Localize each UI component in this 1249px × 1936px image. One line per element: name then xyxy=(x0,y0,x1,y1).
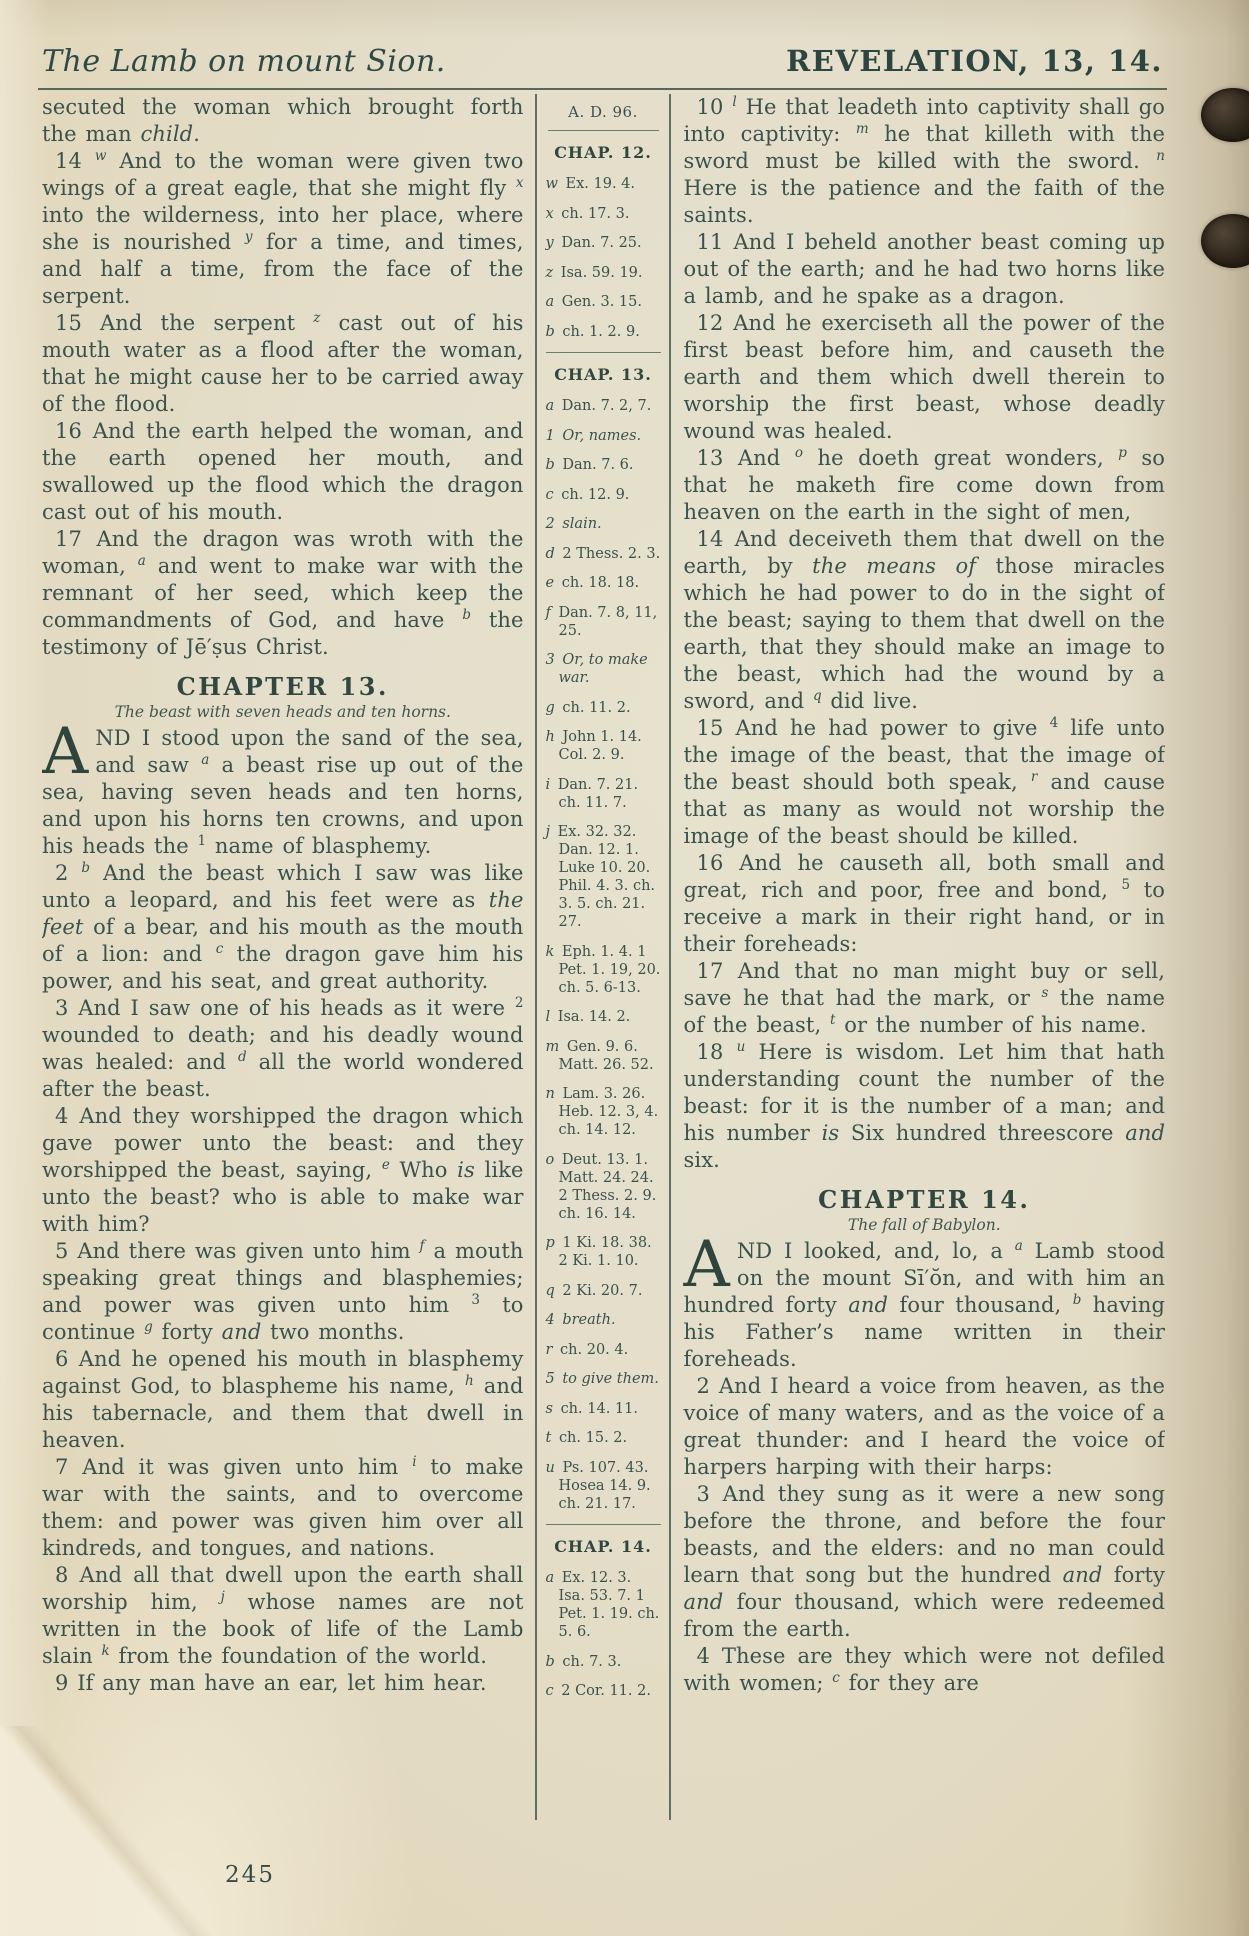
verse-paragraph: 6 And he opened his mouth in blasphemy a… xyxy=(42,1346,524,1454)
reference-label: s xyxy=(546,1401,553,1417)
chapter-heading: CHAPTER 14. xyxy=(684,1185,1166,1214)
cross-reference-marker: a xyxy=(201,752,209,768)
verse-paragraph: 9 If any man have an ear, let him hear. xyxy=(42,1670,524,1697)
cross-reference-entry: u Ps. 107. 43. Hosea 14. 9. ch. 21. 17. xyxy=(546,1459,661,1513)
verse-paragraph: AND I looked, and, lo, a a Lamb stood on… xyxy=(684,1238,1166,1373)
cross-reference-marker: a xyxy=(138,553,146,569)
verse-paragraph: 13 And o he doeth great wonders, p so th… xyxy=(684,445,1166,526)
cross-reference-marker: b xyxy=(81,860,90,876)
header-rule xyxy=(38,88,1167,90)
cross-reference-marker: i xyxy=(412,1454,416,1470)
reference-text: ch. 12. 9. xyxy=(561,487,629,503)
verse-paragraph: 16 And the earth helped the woman, and t… xyxy=(42,418,524,526)
verse-paragraph: 2 b And the beast which I saw was like u… xyxy=(42,860,524,995)
running-header-right: REVELATION, 13, 14. xyxy=(786,44,1163,78)
cross-reference-marker: b xyxy=(1073,1292,1082,1308)
reference-text: ch. 1. 2. 9. xyxy=(562,324,639,340)
reference-label: q xyxy=(546,1283,555,1299)
reference-label: k xyxy=(546,944,555,960)
reference-section: CHAP. 12.w Ex. 19. 4.x ch. 17. 3.y Dan. … xyxy=(546,143,661,341)
reference-label: m xyxy=(546,1039,560,1055)
cross-reference-entry: 4 breath. xyxy=(546,1311,661,1329)
reference-label: g xyxy=(546,700,555,716)
thumb-index-tab-icon xyxy=(1201,88,1249,142)
cross-reference-marker: n xyxy=(1156,148,1165,164)
cross-reference-marker: z xyxy=(313,310,320,326)
reference-text: Gen. 9. 6. Matt. 26. 52. xyxy=(559,1039,654,1073)
verse-paragraph: 10 l He that leadeth into captivity shal… xyxy=(684,94,1166,229)
cross-reference-entry: o Deut. 13. 1. Matt. 24. 24. 2 Thess. 2.… xyxy=(546,1151,661,1223)
reference-text: 2 Cor. 11. 2. xyxy=(561,1683,651,1699)
cross-reference-marker: d xyxy=(238,1049,247,1065)
cross-reference-marker: b xyxy=(462,607,471,623)
reference-sections: CHAP. 12.w Ex. 19. 4.x ch. 17. 3.y Dan. … xyxy=(546,143,661,1700)
reference-text: ch. 14. 11. xyxy=(561,1401,638,1417)
verse-paragraph: 18 u Here is wisdom. Let him that hath u… xyxy=(684,1039,1166,1174)
gloss-marker: 1 xyxy=(198,833,207,849)
reference-label: b xyxy=(546,1654,555,1670)
reference-text: 2 Ki. 20. 7. xyxy=(562,1283,642,1299)
reference-text: Deut. 13. 1. Matt. 24. 24. 2 Thess. 2. 9… xyxy=(559,1152,657,1222)
gloss-marker: 3 xyxy=(471,1292,480,1308)
reference-text: Dan. 7. 25. xyxy=(561,235,641,251)
reference-text: breath. xyxy=(562,1312,615,1328)
cross-reference-marker: k xyxy=(102,1643,110,1659)
verse-paragraph: 14 And deceiveth them that dwell on the … xyxy=(684,526,1166,715)
verse-paragraph: 11 And I beheld another beast coming up … xyxy=(684,229,1166,310)
reference-label: u xyxy=(546,1460,555,1476)
reference-text: ch. 15. 2. xyxy=(559,1430,627,1446)
reference-label: 3 xyxy=(546,652,555,668)
reference-text: to give them. xyxy=(562,1371,659,1387)
reference-label: i xyxy=(546,777,551,793)
chapter-subtitle: The fall of Babylon. xyxy=(684,1216,1166,1234)
cross-reference-entry: p 1 Ki. 18. 38. 2 Ki. 1. 10. xyxy=(546,1234,661,1270)
cross-reference-marker: x xyxy=(516,175,524,191)
reference-divider xyxy=(548,130,659,131)
reference-label: p xyxy=(546,1235,555,1251)
cross-reference-marker: j xyxy=(221,1589,225,1605)
cross-reference-entry: f Dan. 7. 8, 11, 25. xyxy=(546,604,661,640)
reference-section: CHAP. 13.a Dan. 7. 2, 7.1 Or, names.b Da… xyxy=(546,352,661,1513)
reference-text: ch. 7. 3. xyxy=(562,1654,621,1670)
reference-text: Isa. 14. 2. xyxy=(558,1009,631,1025)
cross-reference-entry: 1 Or, names. xyxy=(546,427,661,445)
cross-reference-entry: b ch. 7. 3. xyxy=(546,1653,661,1671)
reference-label: h xyxy=(546,729,555,745)
verse-paragraph: secuted the woman which brought forth th… xyxy=(42,94,524,148)
verse-paragraph: 4 These are they which were not defiled … xyxy=(684,1643,1166,1697)
reference-label: a xyxy=(546,398,555,414)
cross-reference-entry: e ch. 18. 18. xyxy=(546,574,661,592)
reference-label: d xyxy=(546,546,555,562)
cross-reference-entry: q 2 Ki. 20. 7. xyxy=(546,1282,661,1300)
cross-reference-column: A. D. 96. CHAP. 12.w Ex. 19. 4.x ch. 17.… xyxy=(537,94,671,1820)
reference-label: a xyxy=(546,1570,555,1586)
reference-text: Dan. 7. 6. xyxy=(562,457,633,473)
cross-reference-marker: e xyxy=(382,1157,390,1173)
cross-reference-entry: 5 to give them. xyxy=(546,1370,661,1388)
reference-text: Dan. 7. 2, 7. xyxy=(562,398,652,414)
reference-label: z xyxy=(546,265,554,281)
reference-text: Ps. 107. 43. Hosea 14. 9. ch. 21. 17. xyxy=(559,1460,651,1512)
reference-label: f xyxy=(546,605,551,621)
verse-paragraph: 3 And they sung as it were a new song be… xyxy=(684,1481,1166,1643)
cross-reference-entry: d 2 Thess. 2. 3. xyxy=(546,545,661,563)
verse-paragraph: 12 And he exerciseth all the power of th… xyxy=(684,310,1166,445)
cross-reference-marker: t xyxy=(830,1012,835,1028)
drop-cap: A xyxy=(42,725,95,777)
cross-reference-marker: h xyxy=(465,1373,474,1389)
verse-paragraph: AND I stood upon the sand of the sea, an… xyxy=(42,725,524,860)
cross-reference-entry: w Ex. 19. 4. xyxy=(546,175,661,193)
verse-paragraph: 3 And I saw one of his heads as it were … xyxy=(42,995,524,1103)
cross-reference-entry: z Isa. 59. 19. xyxy=(546,264,661,282)
cross-reference-marker: f xyxy=(420,1238,425,1254)
cross-reference-entry: s ch. 14. 11. xyxy=(546,1400,661,1418)
gloss-marker: 4 xyxy=(1050,715,1059,731)
reference-label: 2 xyxy=(546,516,555,532)
verse-paragraph: 5 And there was given unto him f a mouth… xyxy=(42,1238,524,1346)
reference-text: Or, to make war. xyxy=(559,652,648,686)
chapter-heading: CHAPTER 13. xyxy=(42,672,524,701)
reference-section: CHAP. 14.a Ex. 12. 3. Isa. 53. 7. 1 Pet.… xyxy=(546,1524,661,1700)
verse-paragraph: 4 And they worshipped the dragon which g… xyxy=(42,1103,524,1238)
reference-chapter-heading: CHAP. 12. xyxy=(546,143,661,162)
gloss-marker: 5 xyxy=(1122,877,1131,893)
bible-page-scan: The Lamb on mount Sion. REVELATION, 13, … xyxy=(0,0,1249,1936)
reference-text: Dan. 7. 21. ch. 11. 7. xyxy=(558,777,638,811)
cross-reference-entry: m Gen. 9. 6. Matt. 26. 52. xyxy=(546,1038,661,1074)
cross-reference-entry: n Lam. 3. 26. Heb. 12. 3, 4. ch. 14. 12. xyxy=(546,1085,661,1139)
cross-reference-marker: s xyxy=(1042,985,1049,1001)
cross-reference-marker: c xyxy=(832,1670,840,1686)
reference-chapter-heading: CHAP. 14. xyxy=(546,1537,661,1556)
cross-reference-marker: w xyxy=(95,148,107,164)
reference-text: ch. 17. 3. xyxy=(561,206,629,222)
verse-paragraph: 15 And he had power to give 4 life unto … xyxy=(684,715,1166,850)
reference-label: b xyxy=(546,324,555,340)
verse-paragraph: 14 w And to the woman were given two win… xyxy=(42,148,524,310)
cross-reference-entry: b ch. 1. 2. 9. xyxy=(546,323,661,341)
cross-reference-entry: r ch. 20. 4. xyxy=(546,1341,661,1359)
thumb-index-tab-icon xyxy=(1201,214,1249,268)
reference-label: r xyxy=(546,1342,553,1358)
chapter-subtitle: The beast with seven heads and ten horns… xyxy=(42,703,524,721)
reference-text: Ex. 19. 4. xyxy=(566,176,635,192)
reference-label: c xyxy=(546,1683,554,1699)
reference-label: e xyxy=(546,575,555,591)
reference-label: b xyxy=(546,457,555,473)
reference-text: 1 Ki. 18. 38. 2 Ki. 1. 10. xyxy=(559,1235,652,1269)
running-header-left: The Lamb on mount Sion. xyxy=(42,44,446,79)
cross-reference-entry: k Eph. 1. 4. 1 Pet. 1. 19, 20. ch. 5. 6-… xyxy=(546,943,661,997)
cross-reference-marker: r xyxy=(1031,769,1037,785)
text-block: secuted the woman which brought forth th… xyxy=(42,94,1165,1820)
cross-reference-marker: c xyxy=(216,941,224,957)
cross-reference-marker: m xyxy=(856,121,869,137)
reference-text: ch. 20. 4. xyxy=(560,1342,628,1358)
reference-chapter-heading: CHAP. 13. xyxy=(546,365,661,384)
reference-label: t xyxy=(546,1430,552,1446)
cross-reference-entry: c 2 Cor. 11. 2. xyxy=(546,1682,661,1700)
reference-label: 4 xyxy=(546,1312,555,1328)
cross-reference-marker: p xyxy=(1118,445,1127,461)
left-text-column: secuted the woman which brought forth th… xyxy=(42,94,537,1820)
reference-text: Isa. 59. 19. xyxy=(561,265,643,281)
cross-reference-marker: o xyxy=(795,445,803,461)
cross-reference-entry: a Ex. 12. 3. Isa. 53. 7. 1 Pet. 1. 19. c… xyxy=(546,1569,661,1641)
verse-paragraph: 15 And the serpent z cast out of his mou… xyxy=(42,310,524,418)
cross-reference-entry: 3 Or, to make war. xyxy=(546,651,661,687)
reference-text: ch. 11. 2. xyxy=(562,700,630,716)
cross-reference-entry: j Ex. 32. 32. Dan. 12. 1. Luke 10. 20. P… xyxy=(546,823,661,931)
right-text-column: 10 l He that leadeth into captivity shal… xyxy=(671,94,1166,1820)
gloss-marker: 2 xyxy=(515,995,524,1011)
reference-label: w xyxy=(546,176,558,192)
reference-label: 5 xyxy=(546,1371,555,1387)
cross-reference-entry: t ch. 15. 2. xyxy=(546,1429,661,1447)
reference-label: y xyxy=(546,235,554,251)
reference-text: Ex. 32. 32. Dan. 12. 1. Luke 10. 20. Phi… xyxy=(558,824,655,930)
cross-reference-entry: g ch. 11. 2. xyxy=(546,699,661,717)
running-header: The Lamb on mount Sion. REVELATION, 13, … xyxy=(42,44,1163,79)
cross-reference-entry: y Dan. 7. 25. xyxy=(546,234,661,252)
drop-cap: A xyxy=(684,1238,737,1290)
cross-reference-marker: y xyxy=(245,229,253,245)
reference-label: n xyxy=(546,1086,555,1102)
reference-label: 1 xyxy=(546,428,555,444)
reference-label: a xyxy=(546,294,555,310)
reference-label: j xyxy=(546,824,551,840)
reference-text: Lam. 3. 26. Heb. 12. 3, 4. ch. 14. 12. xyxy=(559,1086,659,1138)
date-annotation: A. D. 96. xyxy=(546,94,661,130)
page-number: 245 xyxy=(205,1862,295,1888)
cross-reference-marker: a xyxy=(1015,1238,1023,1254)
reference-text: Gen. 3. 15. xyxy=(562,294,642,310)
verse-paragraph: 17 And that no man might buy or sell, sa… xyxy=(684,958,1166,1039)
reference-text: Or, names. xyxy=(562,428,641,444)
cross-reference-entry: x ch. 17. 3. xyxy=(546,205,661,223)
cross-reference-entry: 2 slain. xyxy=(546,515,661,533)
reference-text: Ex. 12. 3. Isa. 53. 7. 1 Pet. 1. 19. ch.… xyxy=(559,1570,660,1640)
reference-label: o xyxy=(546,1152,555,1168)
cross-reference-marker: q xyxy=(813,688,822,704)
cross-reference-marker: u xyxy=(737,1039,746,1055)
cross-reference-entry: l Isa. 14. 2. xyxy=(546,1008,661,1026)
cross-reference-marker: l xyxy=(732,94,736,110)
reference-text: John 1. 14. Col. 2. 9. xyxy=(559,729,642,763)
cross-reference-entry: a Gen. 3. 15. xyxy=(546,293,661,311)
verse-paragraph: 17 And the dragon was wroth with the wom… xyxy=(42,526,524,661)
reference-text: slain. xyxy=(562,516,601,532)
verse-paragraph: 8 And all that dwell upon the earth shal… xyxy=(42,1562,524,1670)
verse-paragraph: 2 And I heard a voice from heaven, as th… xyxy=(684,1373,1166,1481)
cross-reference-entry: c ch. 12. 9. xyxy=(546,486,661,504)
reference-text: Dan. 7. 8, 11, 25. xyxy=(558,605,657,639)
cross-reference-entry: h John 1. 14. Col. 2. 9. xyxy=(546,728,661,764)
reference-text: Eph. 1. 4. 1 Pet. 1. 19, 20. ch. 5. 6-13… xyxy=(559,944,661,996)
verse-paragraph: 7 And it was given unto him i to make wa… xyxy=(42,1454,524,1562)
reference-label: x xyxy=(546,206,554,222)
cross-reference-marker: g xyxy=(144,1319,153,1335)
verse-paragraph: 16 And he causeth all, both small and gr… xyxy=(684,850,1166,958)
cross-reference-entry: b Dan. 7. 6. xyxy=(546,456,661,474)
reference-text: 2 Thess. 2. 3. xyxy=(562,546,660,562)
cross-reference-entry: a Dan. 7. 2, 7. xyxy=(546,397,661,415)
reference-label: c xyxy=(546,487,554,503)
reference-text: ch. 18. 18. xyxy=(562,575,639,591)
reference-label: l xyxy=(546,1009,551,1025)
cross-reference-entry: i Dan. 7. 21. ch. 11. 7. xyxy=(546,776,661,812)
